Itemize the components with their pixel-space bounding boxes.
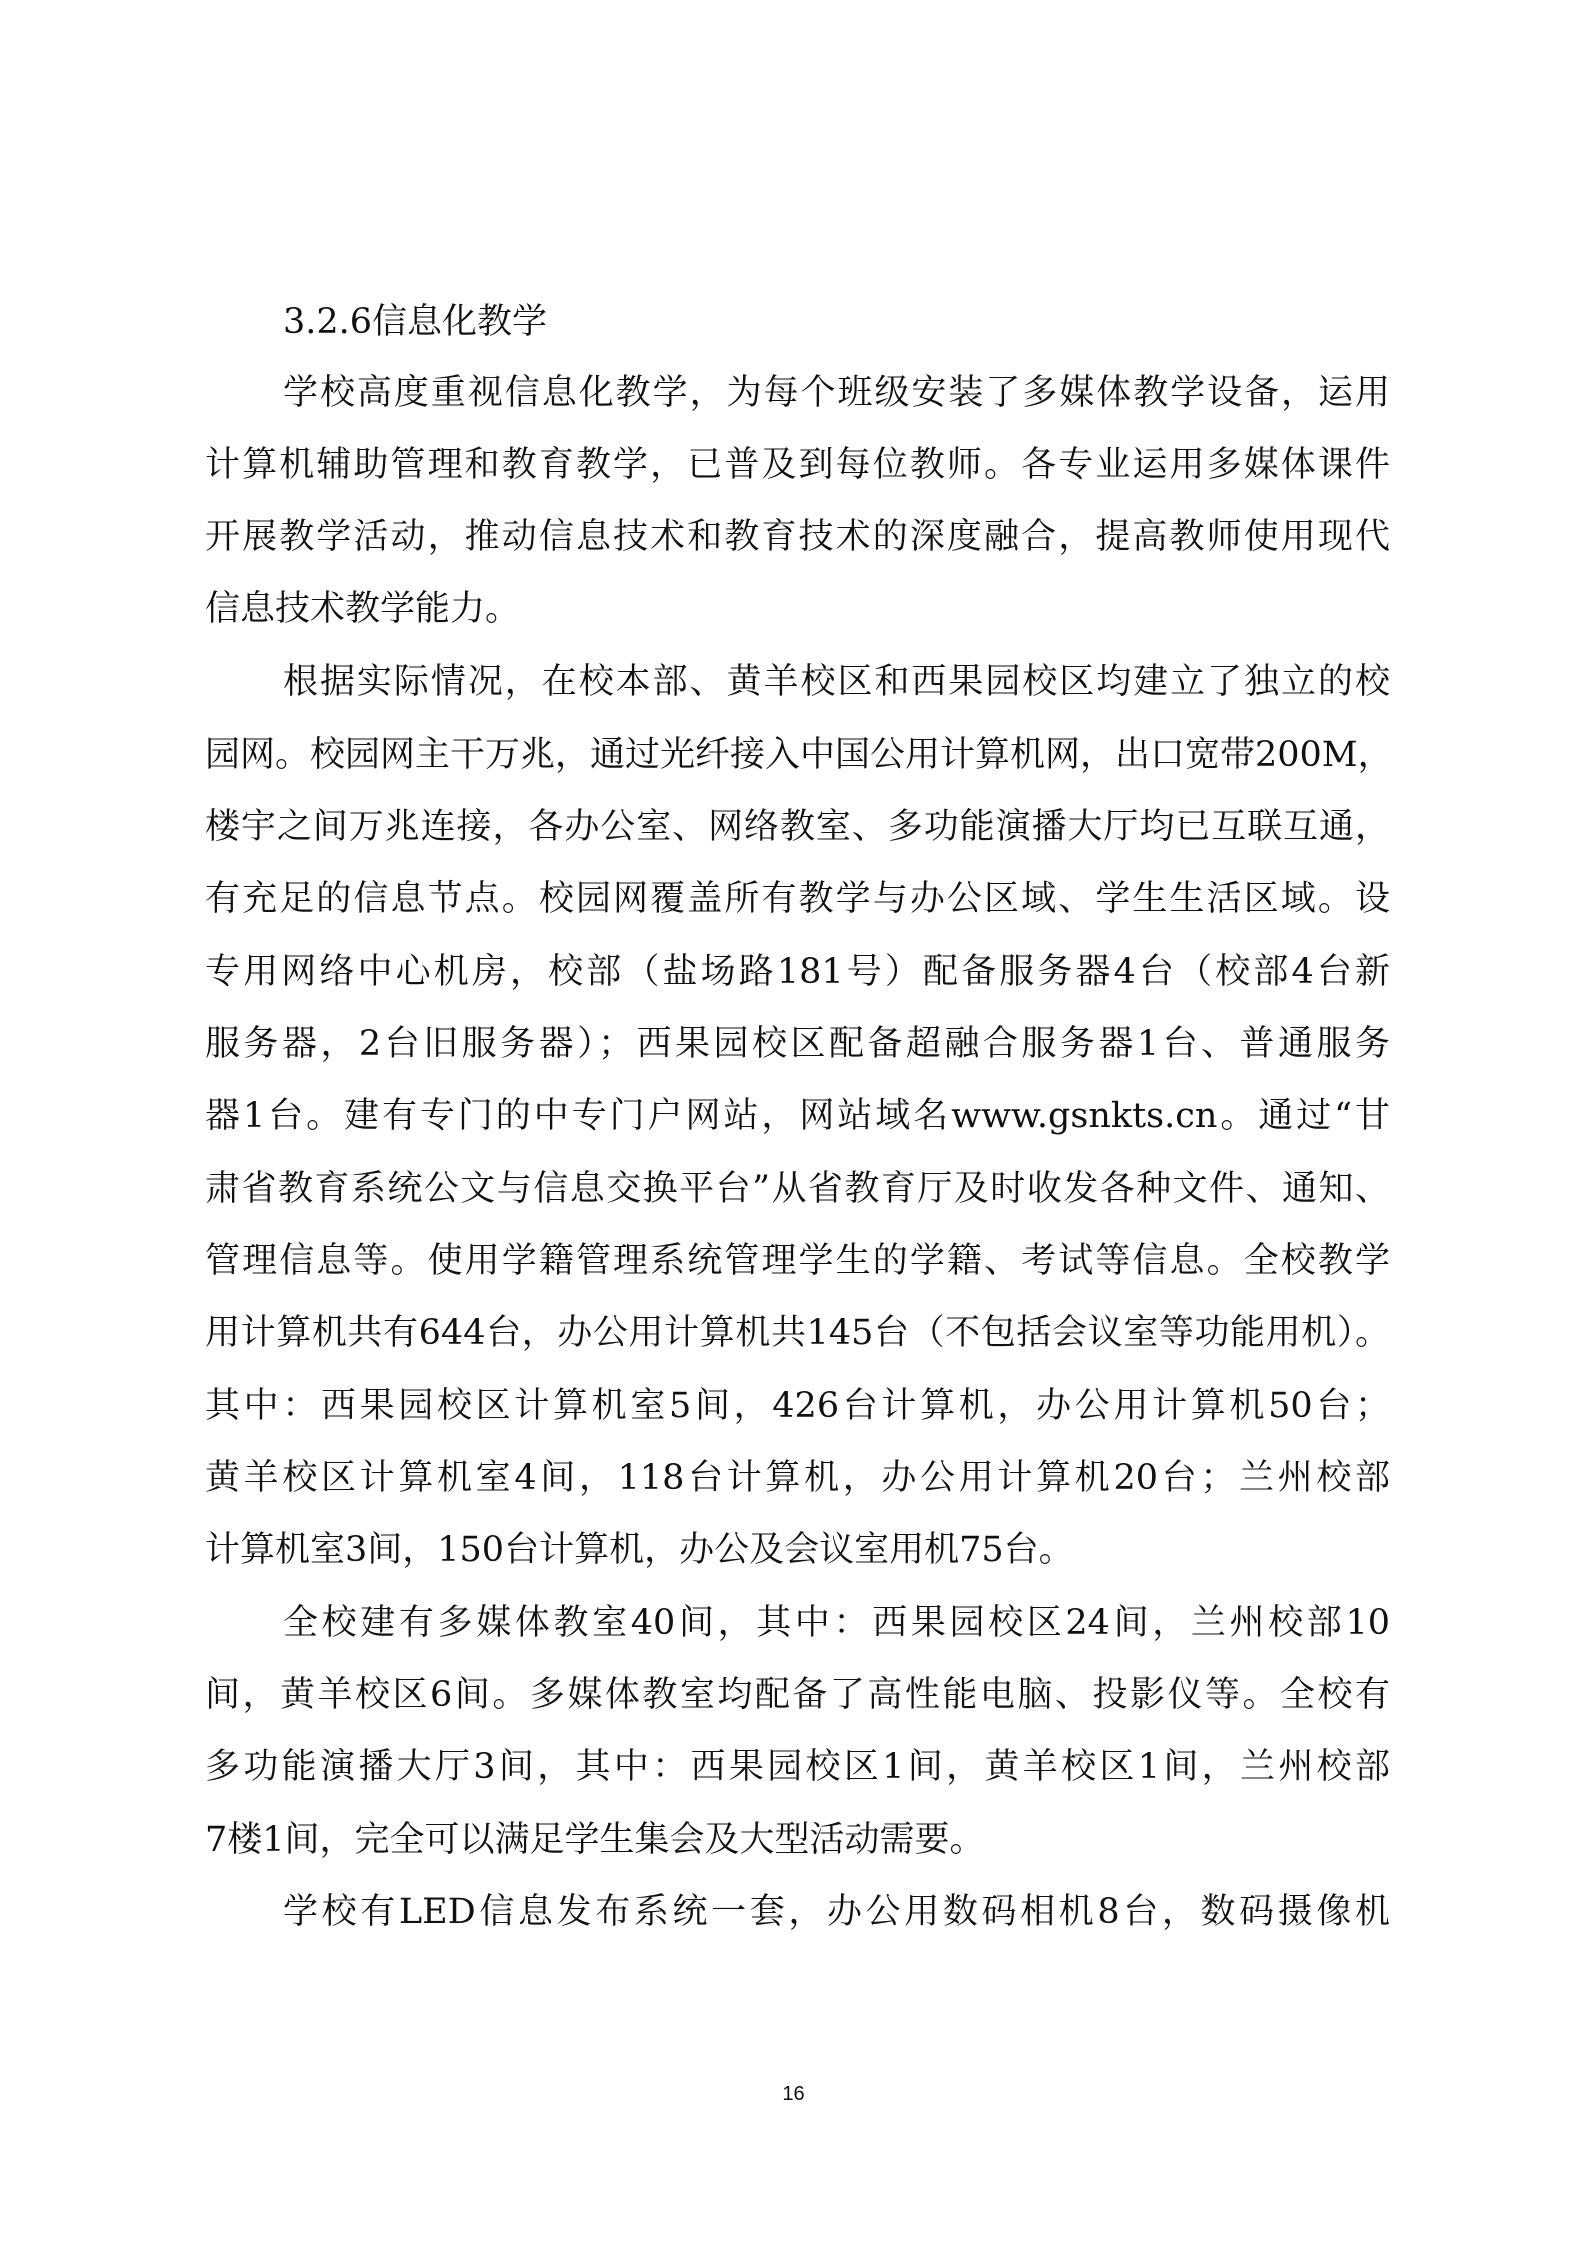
paragraph-line: 楼宇之间万兆连接，各办公室、网络教室、多功能演播大厅均已互联互通， bbox=[205, 805, 1390, 849]
paragraph-line: 学校高度重视信息化教学，为每个班级安装了多媒体教学设备，运用 bbox=[283, 371, 1390, 415]
paragraph-line: 计算机室3间，150台计算机，办公及会议室用机75台。 bbox=[205, 1528, 1390, 1572]
paragraph-line: 管理信息等。使用学籍管理系统管理学生的学籍、考试等信息。全校教学 bbox=[205, 1239, 1390, 1283]
paragraph-line: 其中：西果园校区计算机室5间，426台计算机，办公用计算机50台； bbox=[205, 1384, 1390, 1428]
paragraph-line: 7楼1间，完全可以满足学生集会及大型活动需要。 bbox=[205, 1818, 1390, 1862]
page-number: 16 bbox=[0, 2082, 1587, 2106]
paragraph-line: 器1台。建有专门的中专门户网站，网站域名www.gsnkts.cn。通过“甘 bbox=[205, 1094, 1390, 1138]
paragraph-line: 园网。校园网主干万兆，通过光纤接入中国公用计算机网，出口宽带200M， bbox=[205, 733, 1390, 777]
paragraph-line: 有充足的信息节点。校园网覆盖所有教学与办公区域、学生生活区域。设 bbox=[205, 877, 1390, 921]
paragraph-line: 全校建有多媒体教室40间，其中：西果园校区24间，兰州校部10 bbox=[283, 1601, 1390, 1645]
paragraph-line: 开展教学活动，推动信息技术和教育技术的深度融合，提高教师使用现代 bbox=[205, 515, 1390, 559]
paragraph-line: 信息技术教学能力。 bbox=[205, 587, 1390, 631]
paragraph-line: 用计算机共有644台，办公用计算机共145台（不包括会议室等功能用机）。 bbox=[205, 1311, 1390, 1355]
paragraph-line: 黄羊校区计算机室4间，118台计算机，办公用计算机20台；兰州校部 bbox=[205, 1456, 1390, 1500]
section-heading: 3.2.6信息化教学 bbox=[283, 300, 547, 344]
document-page: 3.2.6信息化教学 学校高度重视信息化教学，为每个班级安装了多媒体教学设备，运… bbox=[0, 0, 1587, 2245]
paragraph-line: 多功能演播大厅3间，其中：西果园校区1间，黄羊校区1间，兰州校部 bbox=[205, 1745, 1390, 1789]
paragraph-line: 肃省教育系统公文与信息交换平台”从省教育厅及时收发各种文件、通知、 bbox=[205, 1167, 1390, 1211]
paragraph-line: 学校有LED信息发布系统一套，办公用数码相机8台，数码摄像机 bbox=[283, 1890, 1390, 1934]
paragraph-line: 专用网络中心机房，校部（盐场路181号）配备服务器4台（校部4台新 bbox=[205, 950, 1390, 994]
paragraph-line: 服务器，2台旧服务器）；西果园校区配备超融合服务器1台、普通服务 bbox=[205, 1022, 1390, 1066]
paragraph-line: 根据实际情况，在校本部、黄羊校区和西果园校区均建立了独立的校 bbox=[283, 660, 1390, 704]
paragraph-line: 计算机辅助管理和教育教学，已普及到每位教师。各专业运用多媒体课件 bbox=[205, 443, 1390, 487]
paragraph-line: 间，黄羊校区6间。多媒体教室均配备了高性能电脑、投影仪等。全校有 bbox=[205, 1673, 1390, 1717]
